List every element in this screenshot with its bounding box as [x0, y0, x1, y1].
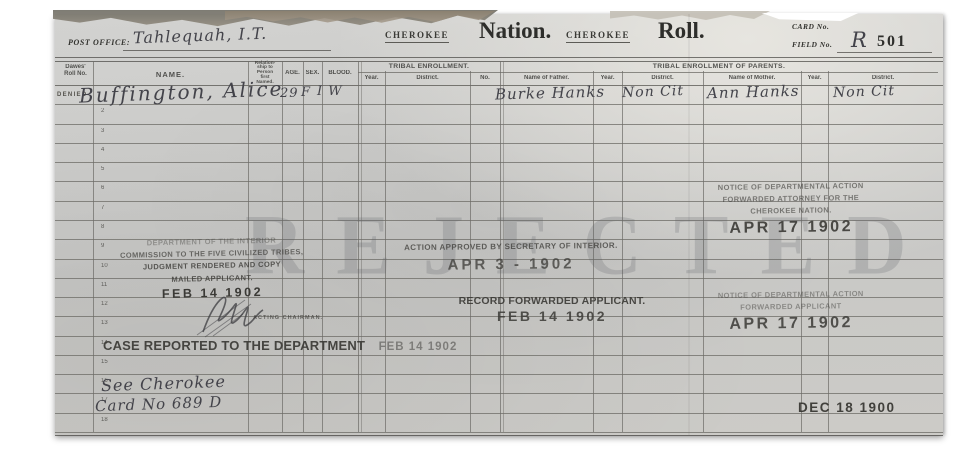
row-line — [55, 143, 943, 144]
entry-father-district: Non Cit — [622, 83, 684, 101]
row-line — [55, 355, 943, 356]
row-line — [55, 124, 943, 125]
entry-blood: I W — [317, 84, 343, 99]
acting-chairman-label: ACTING CHAIRMAN. — [253, 315, 323, 321]
row-line — [55, 162, 943, 163]
case-reported-stamp: CASE REPORTED TO THE DEPARTMENT FEB 14 1… — [103, 337, 457, 355]
entry-father-name: Burke Hanks — [495, 83, 605, 104]
card-bottom-rule — [55, 435, 943, 436]
row-number: 3 — [101, 128, 104, 134]
row-number: 11 — [101, 282, 107, 288]
row-number: 8 — [101, 224, 104, 230]
enrollment-card: POST OFFICE: Tahlequah, I.T. CHEROKEE Na… — [55, 14, 943, 435]
row-number: 2 — [101, 108, 104, 114]
row-number: 4 — [101, 147, 104, 153]
signature — [193, 288, 291, 338]
row-number: 7 — [101, 205, 104, 211]
entry-sex: F — [301, 85, 311, 100]
row-number: 6 — [101, 185, 104, 191]
record-forwarded-stamp: RECORD FORWARDED APPLICANT. FEB 14 1902 — [457, 295, 647, 324]
row-number: 12 — [101, 301, 108, 307]
notice-attorney-stamp: NOTICE OF DEPARTMENTAL ACTION FORWARDED … — [705, 180, 878, 238]
row-line — [55, 432, 943, 433]
secretary-approval-stamp: ACTION APPROVED BY SECRETARY OF INTERIOR… — [395, 240, 627, 275]
entry-mother-district: Non Cit — [833, 83, 895, 101]
notice-applicant-stamp: NOTICE OF DEPARTMENTAL ACTION FORWARDED … — [705, 288, 878, 335]
entry-age: 29 — [280, 86, 299, 101]
row-number: 5 — [101, 166, 104, 172]
row-number: 9 — [101, 243, 104, 249]
entry-mother-name: Ann Hanks — [707, 82, 800, 102]
row-line — [55, 104, 943, 105]
scan-background: POST OFFICE: Tahlequah, I.T. CHEROKEE Na… — [0, 0, 959, 450]
row-number: 15 — [101, 359, 108, 365]
row-number: 13 — [101, 320, 108, 326]
row-number: 10 — [101, 263, 108, 269]
row-number: 18 — [101, 417, 108, 423]
received-date-stamp: DEC 18 1900 — [798, 400, 896, 415]
